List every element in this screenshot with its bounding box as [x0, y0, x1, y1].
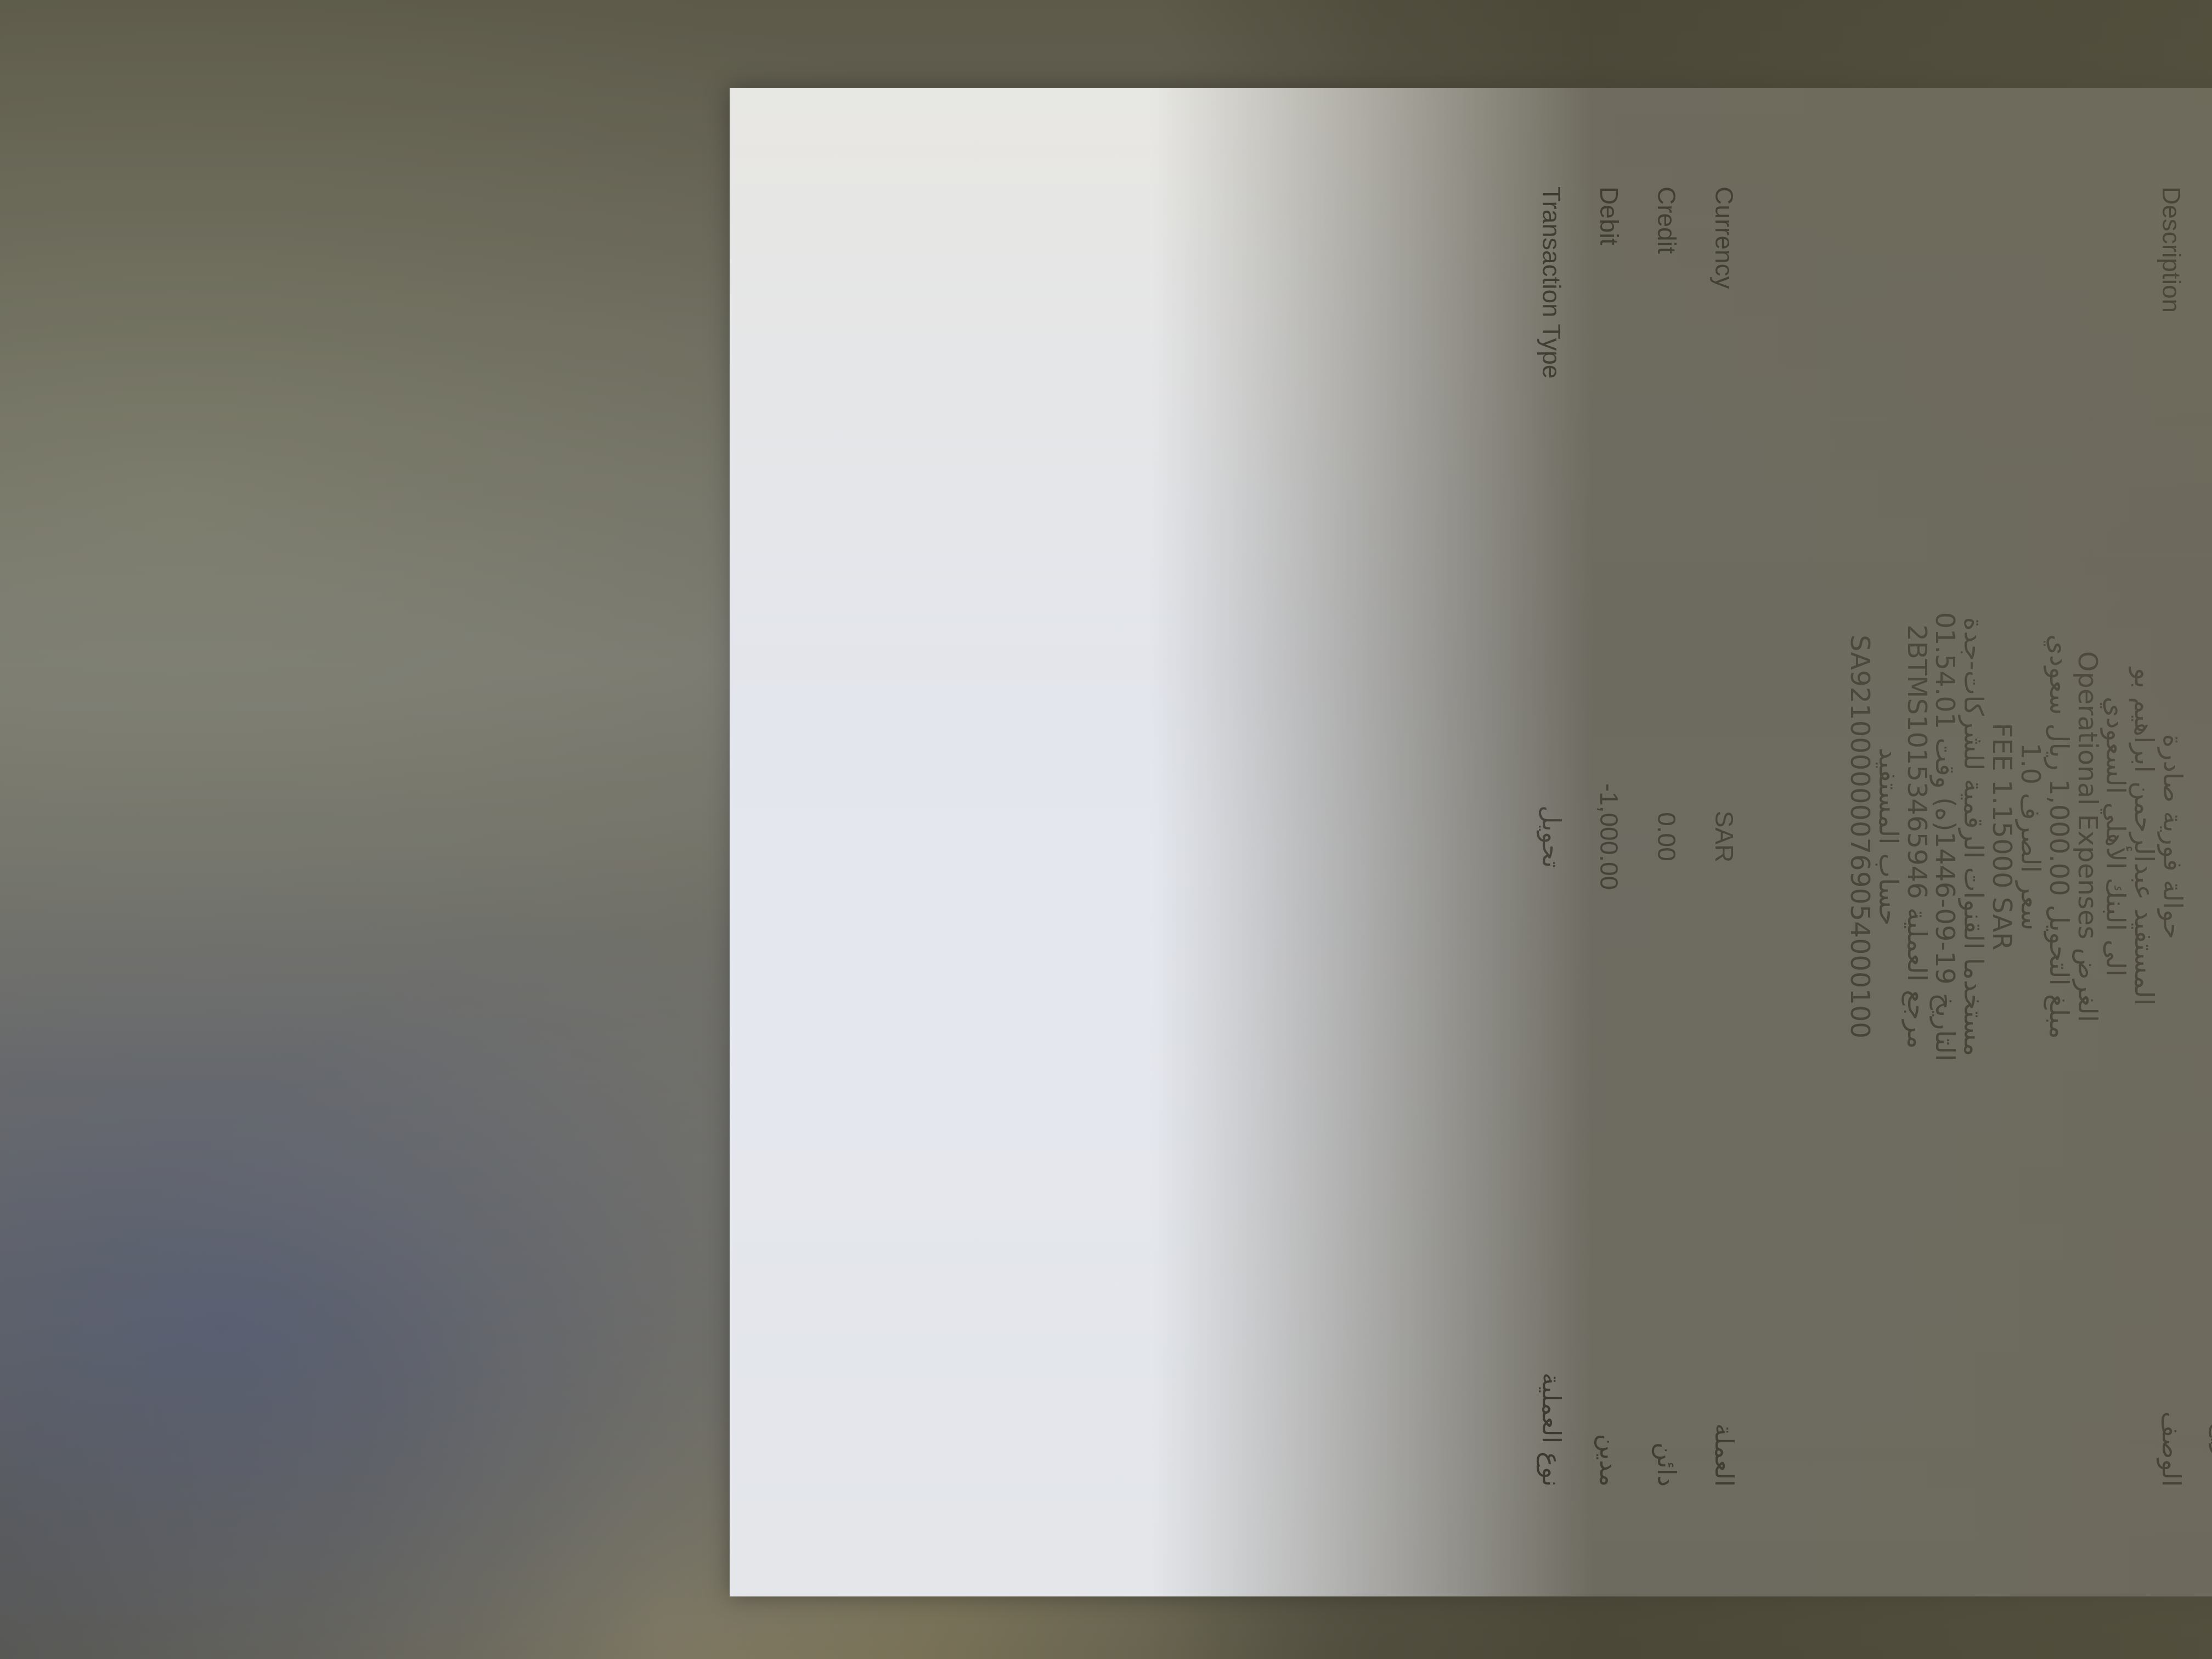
date-label-en: Date	[2209, 187, 2212, 571]
description-line: مبلغ التحويل 1,000.00 ريال سعودي	[2044, 571, 2073, 1103]
date-row: Date 19/03/25 التاريخ	[2209, 187, 2212, 1487]
description-line: FEE 1.15000 SAR	[1987, 571, 2016, 1103]
credit-label-en: Credit	[1652, 187, 1681, 571]
transaction-type-row: Transaction Type تحويل نوع العملية	[1537, 187, 1566, 1487]
description-label-en: Description	[1845, 187, 2186, 571]
debit-label-ar: مدين	[1594, 1103, 1624, 1487]
description-line: مرجع العملية 2BTMS10153465946	[1902, 571, 1931, 1103]
description-line: المستفيد عبدالرحمن ابراهيم بو	[2129, 571, 2158, 1103]
description-line: مستخدما القنوات الرقمية للشركات-جدة	[1959, 571, 1987, 1103]
description-line: التاريخ 19-09-1446(ه) وقت 01.54.01	[1931, 571, 1959, 1103]
description-label-ar: الوصف	[1845, 1103, 2186, 1487]
credit-value: 0.00	[1652, 571, 1681, 1103]
currency-label-ar: العملة	[1709, 1103, 1739, 1487]
credit-row: Credit 0.00 دائن	[1652, 187, 1681, 1487]
description-line: الى البنك الأهلي السعودي	[2101, 571, 2130, 1103]
description-line: الغرض Operational Expenses	[2073, 571, 2101, 1103]
transaction-type-label-en: Transaction Type	[1537, 187, 1566, 571]
transaction-type-value: تحويل	[1537, 571, 1566, 1103]
debit-label-en: Debit	[1594, 187, 1624, 571]
description-line: SA9210000000769054000100	[1845, 571, 1874, 1103]
credit-label-ar: دائن	[1652, 1103, 1681, 1487]
date-label-ar: التاريخ	[2209, 1103, 2212, 1487]
currency-label-en: Currency	[1709, 187, 1739, 571]
description-line: حساب المستفيد	[1874, 571, 1902, 1103]
currency-value: SAR	[1709, 571, 1739, 1103]
currency-row: Currency SAR العملة	[1709, 187, 1739, 1487]
debit-value: -1,000.00	[1594, 571, 1624, 1103]
description-line: حوالة فورية صادرة	[2158, 571, 2186, 1103]
transaction-type-label-ar: نوع العملية	[1537, 1103, 1566, 1487]
description-row: Description حوالة فورية صادرة المستفيد ع…	[1845, 187, 2186, 1487]
debit-row: Debit -1,000.00 مدين	[1594, 187, 1624, 1487]
receipt-paper: بنك الجزيرة BANK ALJAZIRA مؤسسة اقرا الا…	[730, 88, 2212, 1596]
description-line: سعر الصرف 1.0	[2016, 571, 2044, 1103]
description-value: حوالة فورية صادرة المستفيد عبدالرحمن ابر…	[1845, 571, 2186, 1103]
date-value: 19/03/25	[2209, 571, 2212, 1103]
